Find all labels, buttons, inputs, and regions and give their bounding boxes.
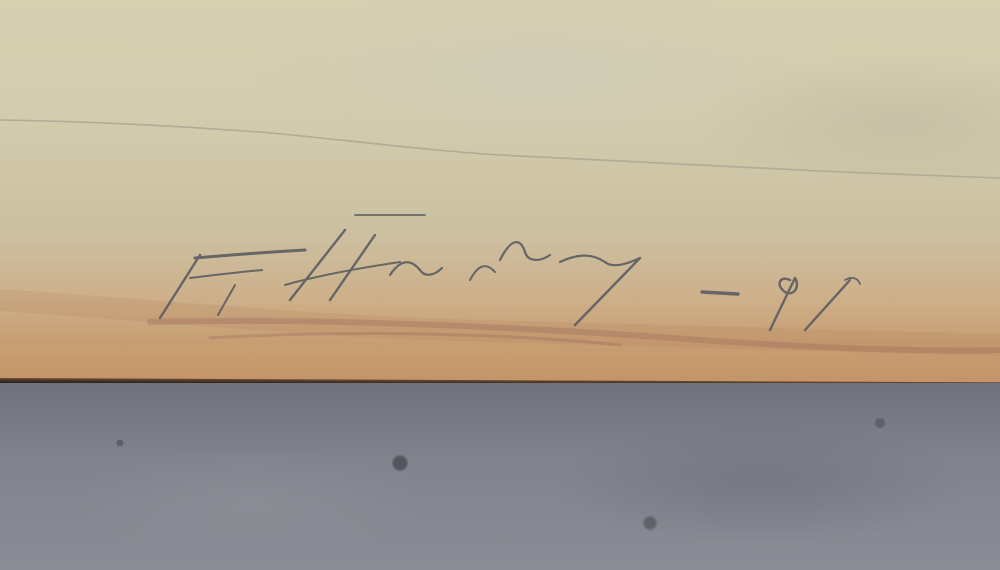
pencil-signature	[0, 0, 1000, 382]
stone-surface	[0, 383, 1000, 570]
photo-scene: F. Ahrley -91	[0, 0, 1000, 570]
